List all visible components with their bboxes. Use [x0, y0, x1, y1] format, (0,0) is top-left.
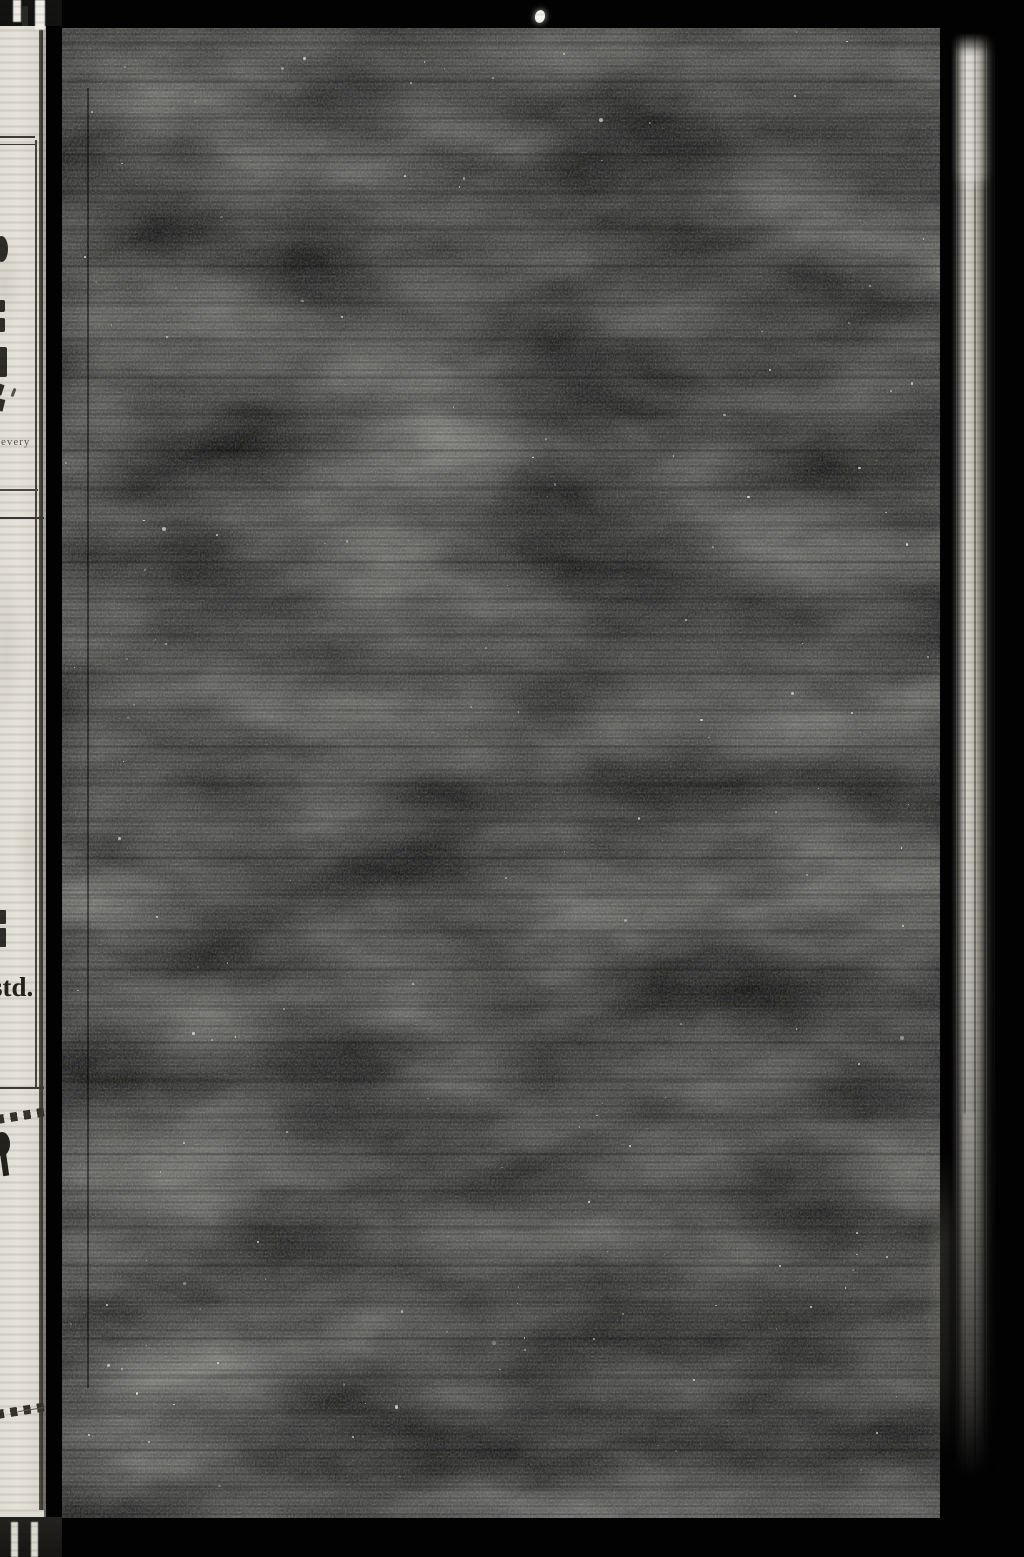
microfilm-scan-frame: every std.	[0, 0, 1024, 1557]
global-scanline-banding	[0, 0, 1024, 1557]
